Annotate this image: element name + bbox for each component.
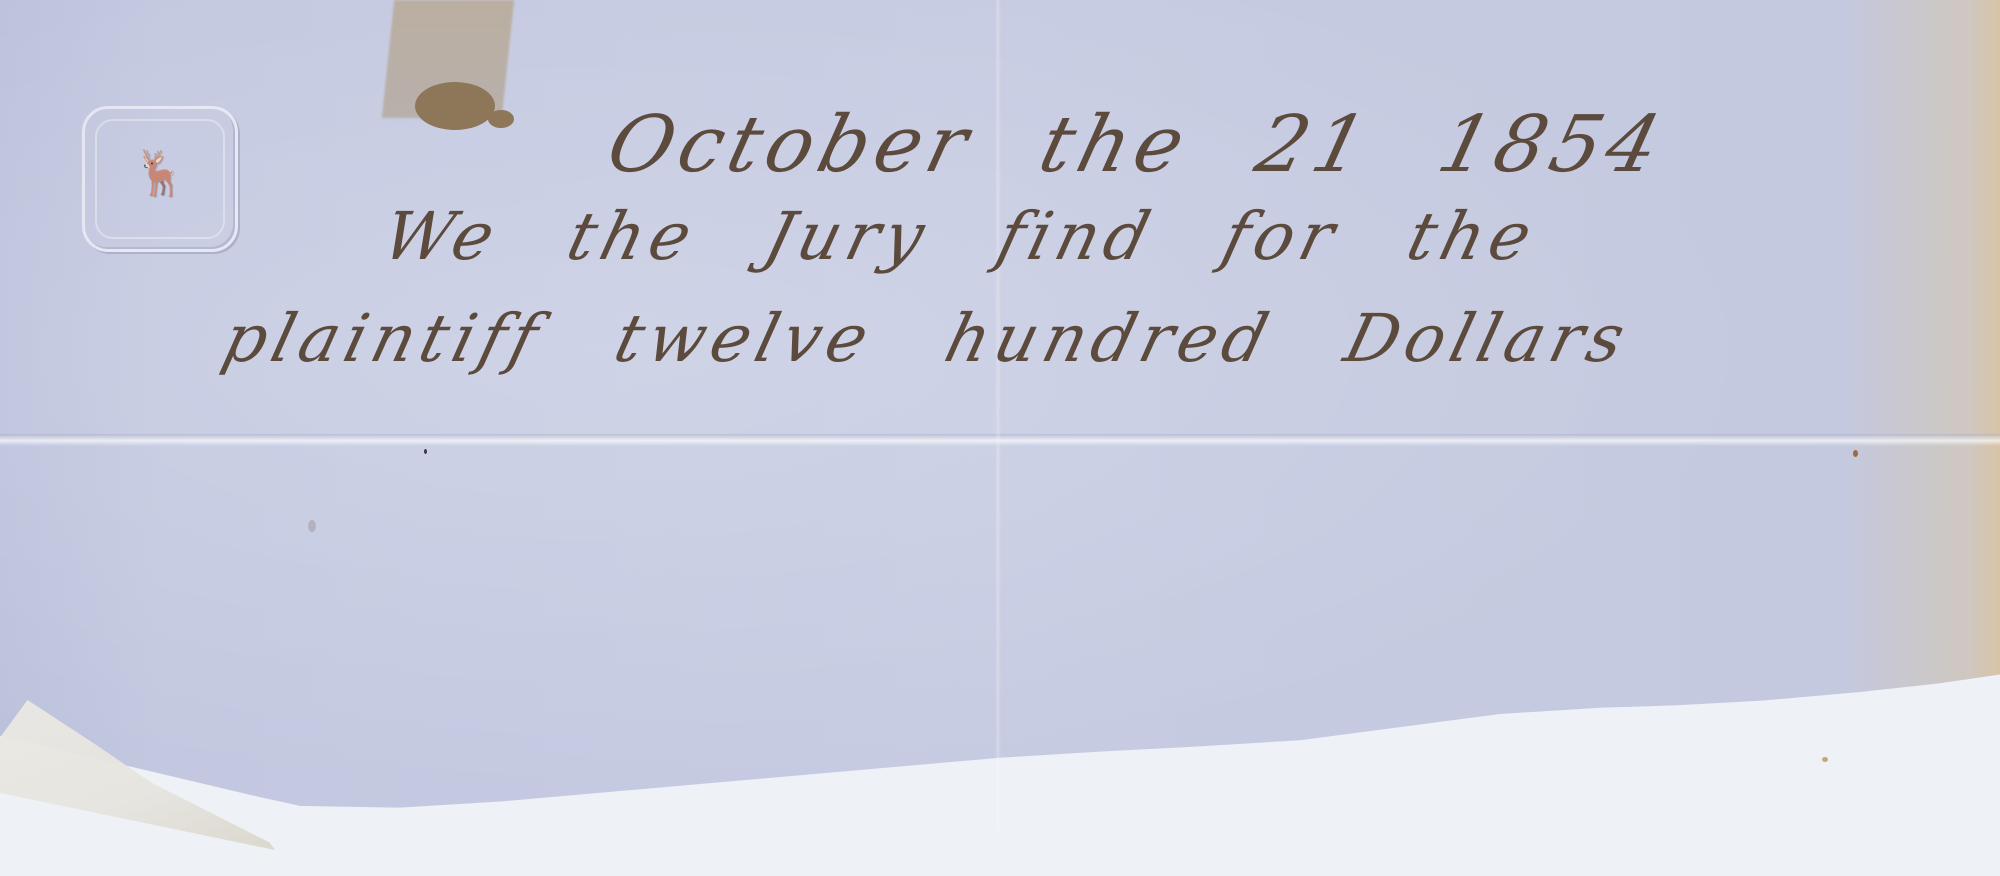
- stag-icon: 🦌: [125, 149, 195, 199]
- verdict-date-line: October the 21 1854: [599, 100, 1675, 190]
- rust-speck: [1853, 450, 1858, 457]
- rust-speck: [1822, 757, 1828, 762]
- ink-speck: [424, 449, 427, 454]
- document-sheet: 🦌 October the 21 1854 We the Jury find f…: [0, 0, 2000, 876]
- ink-blot: [415, 82, 495, 130]
- verdict-line-2: We the Jury find for the: [375, 198, 1545, 275]
- embossed-seal: 🦌: [82, 106, 238, 252]
- ink-blot-tail: [488, 110, 514, 128]
- smudge: [308, 520, 316, 532]
- verdict-line-3: plaintiff twelve hundred Dollars: [215, 300, 1638, 377]
